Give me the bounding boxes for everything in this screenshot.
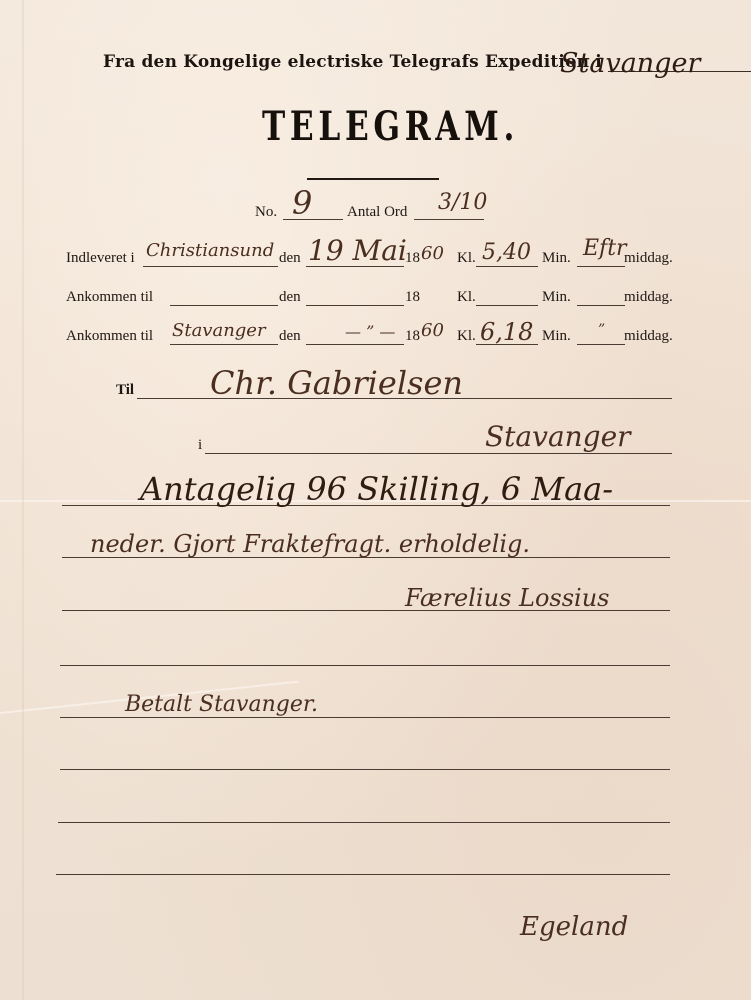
header-station-handwritten: Stavanger bbox=[560, 48, 700, 79]
no-value: 9 bbox=[292, 184, 312, 222]
min-label: Min. bbox=[542, 289, 571, 306]
middag-label: middag. bbox=[624, 328, 673, 345]
message-rule bbox=[56, 874, 670, 875]
kl-value: 6,18 bbox=[480, 318, 533, 346]
antal-ord-label: Antal Ord bbox=[347, 204, 407, 221]
kl-label: Kl. bbox=[457, 250, 476, 267]
middag-label: middag. bbox=[624, 250, 673, 267]
min-field-rule bbox=[577, 305, 625, 306]
i-label: i bbox=[198, 437, 202, 454]
message-rule bbox=[58, 822, 670, 823]
message-rule bbox=[60, 665, 670, 666]
date-field-rule bbox=[306, 305, 404, 306]
year-prefix: 18 bbox=[405, 289, 420, 306]
min-value: ” bbox=[598, 322, 605, 338]
message-line: Betalt Stavanger. bbox=[125, 692, 318, 717]
place-value: Christiansund bbox=[146, 240, 274, 261]
min-field-rule bbox=[577, 344, 625, 345]
operator-signature: Egeland bbox=[520, 912, 628, 942]
den-label: den bbox=[279, 328, 301, 345]
message-rule bbox=[60, 717, 670, 718]
den-label: den bbox=[279, 250, 301, 267]
paper-edge bbox=[22, 0, 24, 1000]
row-label: Indleveret i bbox=[66, 250, 135, 267]
page-title: TELEGRAM. bbox=[262, 103, 519, 150]
year-suffix: 60 bbox=[421, 320, 444, 341]
kl-field-rule bbox=[476, 266, 538, 267]
place-field-rule bbox=[170, 305, 278, 306]
telegram-form: Fra den Kongelige electriske Telegrafs E… bbox=[0, 0, 751, 1000]
place-field-rule bbox=[143, 266, 278, 267]
message-line: Antagelig 96 Skilling, 6 Maa- bbox=[140, 470, 613, 508]
no-label: No. bbox=[255, 204, 277, 221]
year-suffix: 60 bbox=[421, 243, 444, 264]
min-label: Min. bbox=[542, 328, 571, 345]
year-prefix: 18 bbox=[405, 328, 420, 345]
til-label: Til bbox=[116, 382, 134, 399]
message-rule bbox=[60, 769, 670, 770]
middag-label: middag. bbox=[624, 289, 673, 306]
row-label: Ankommen til bbox=[66, 289, 153, 306]
recipient-name: Chr. Gabrielsen bbox=[210, 364, 463, 402]
header-printed-text: Fra den Kongelige electriske Telegrafs E… bbox=[103, 52, 602, 72]
antal-ord-field-rule bbox=[414, 219, 484, 220]
recipient-city: Stavanger bbox=[485, 420, 631, 453]
place-value: Stavanger bbox=[172, 320, 266, 341]
place-field-rule bbox=[170, 344, 278, 345]
message-line: Færelius Lossius bbox=[405, 584, 609, 612]
kl-field-rule bbox=[476, 305, 538, 306]
antal-ord-value: 3/10 bbox=[438, 190, 487, 215]
city-field-rule bbox=[205, 453, 672, 454]
date-value: — ” — bbox=[345, 322, 395, 341]
row-label: Ankommen til bbox=[66, 328, 153, 345]
message-line: neder. Gjort Fraktefragt. erholdelig. bbox=[90, 530, 530, 558]
kl-label: Kl. bbox=[457, 328, 476, 345]
kl-label: Kl. bbox=[457, 289, 476, 306]
den-label: den bbox=[279, 289, 301, 306]
title-divider bbox=[307, 178, 439, 180]
min-field-rule bbox=[577, 266, 625, 267]
kl-value: 5,40 bbox=[482, 240, 531, 265]
date-value: 19 Mai bbox=[308, 234, 407, 267]
date-field-rule bbox=[306, 344, 404, 345]
min-label: Min. bbox=[542, 250, 571, 267]
year-prefix: 18 bbox=[405, 250, 420, 267]
min-value: Eftr bbox=[583, 236, 627, 261]
